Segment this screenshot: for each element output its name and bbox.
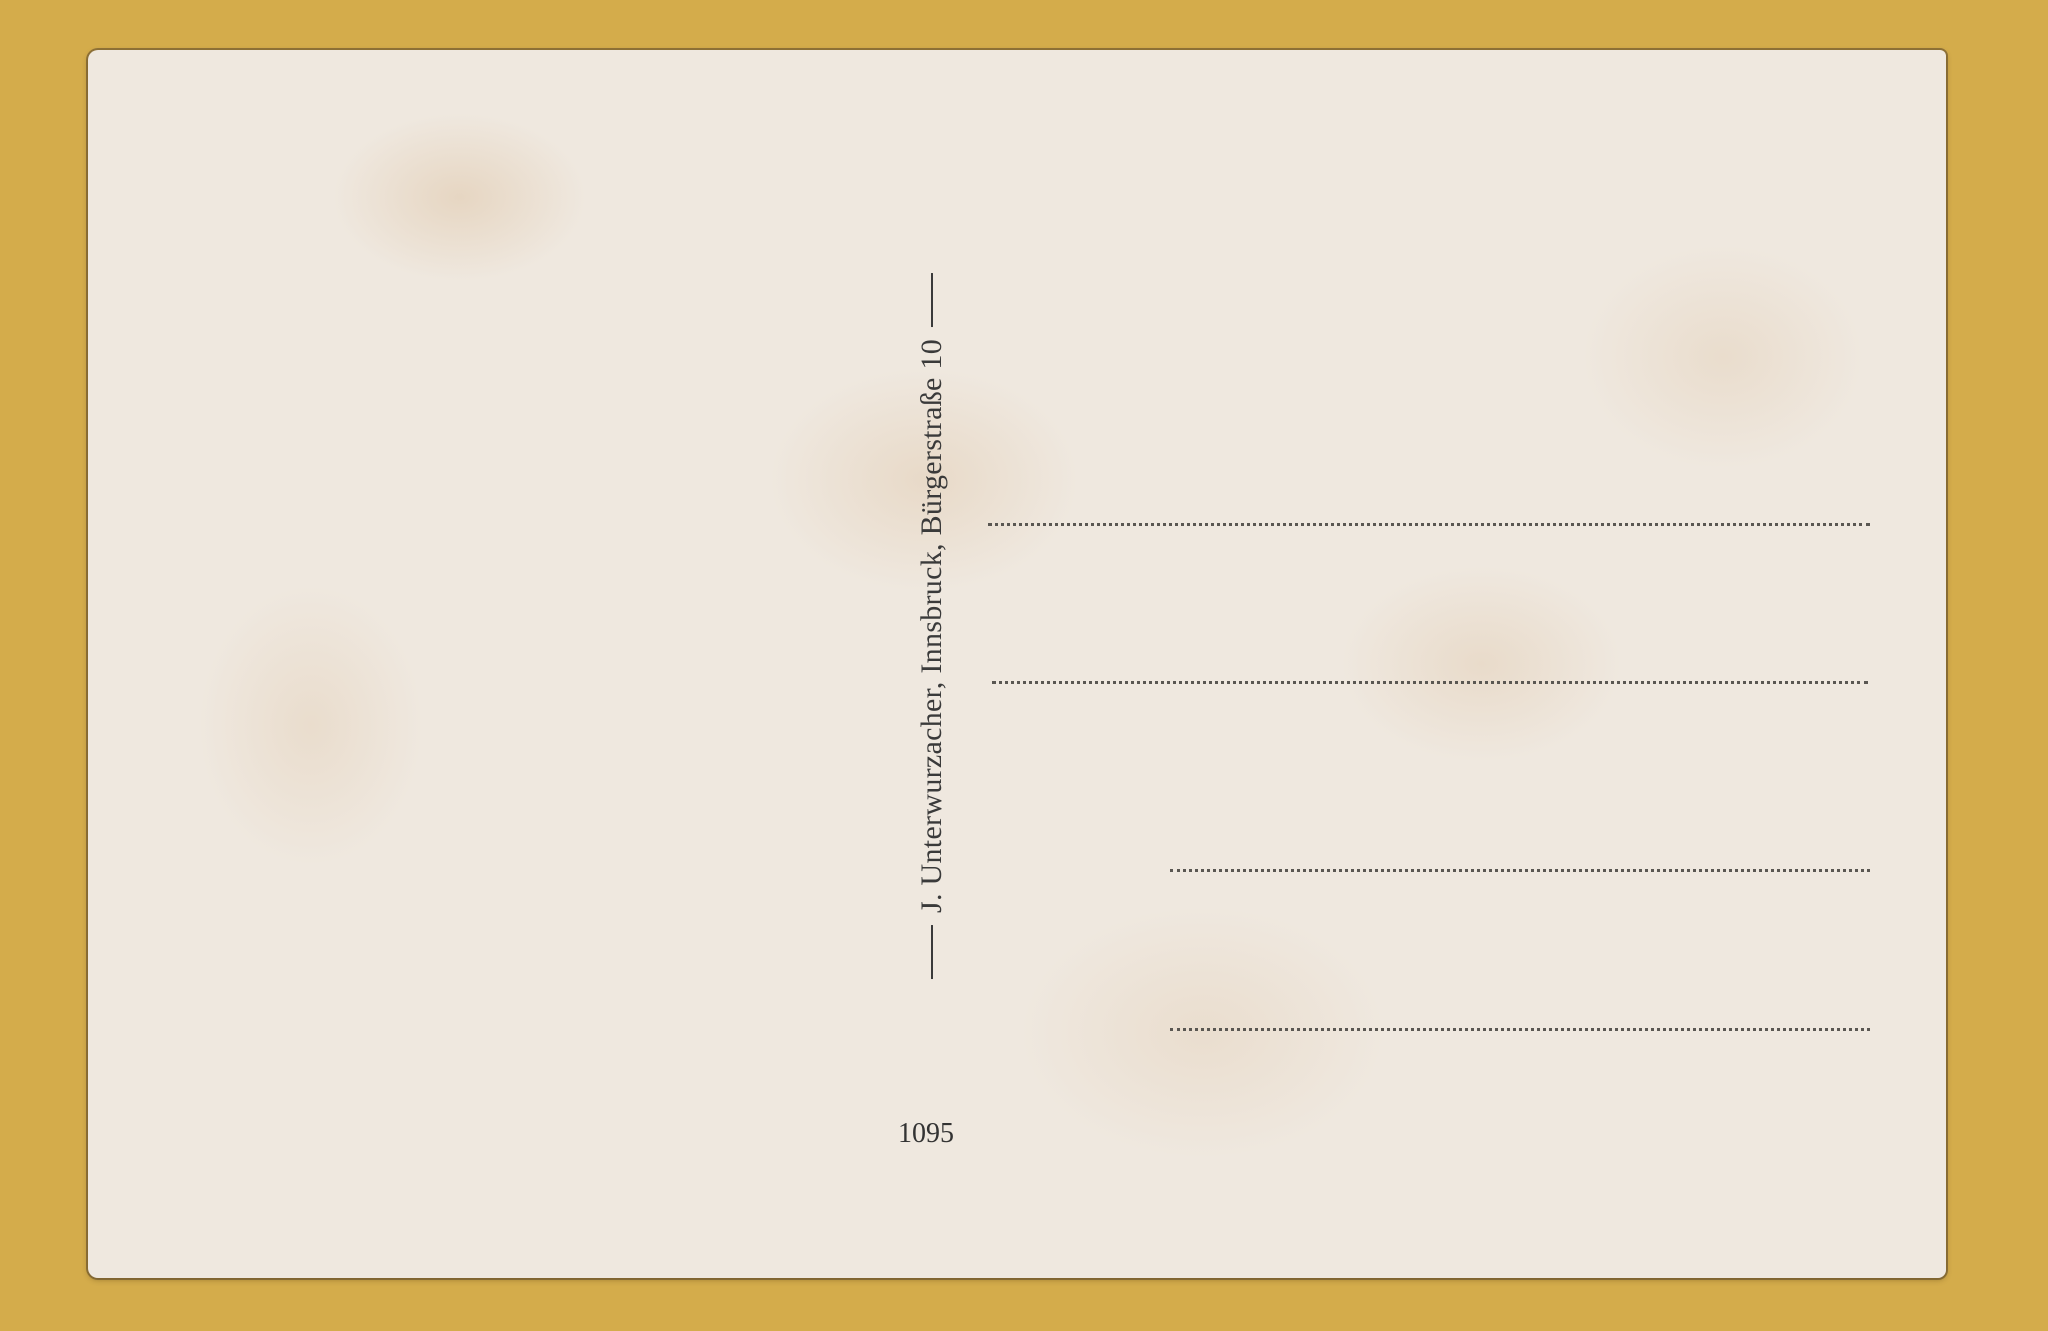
imprint-rule-left — [931, 925, 933, 979]
address-line-1 — [988, 523, 1870, 526]
address-line-3 — [1170, 869, 1870, 872]
address-line-4 — [1170, 1028, 1870, 1031]
address-line-2 — [992, 681, 1868, 684]
serial-number: 1095 — [898, 1118, 954, 1150]
postcard-back — [88, 50, 1946, 1278]
publisher-text: J. Unterwurzacher, Innsbruck, Bürgerstra… — [915, 339, 949, 913]
imprint-rule-right — [931, 273, 933, 327]
